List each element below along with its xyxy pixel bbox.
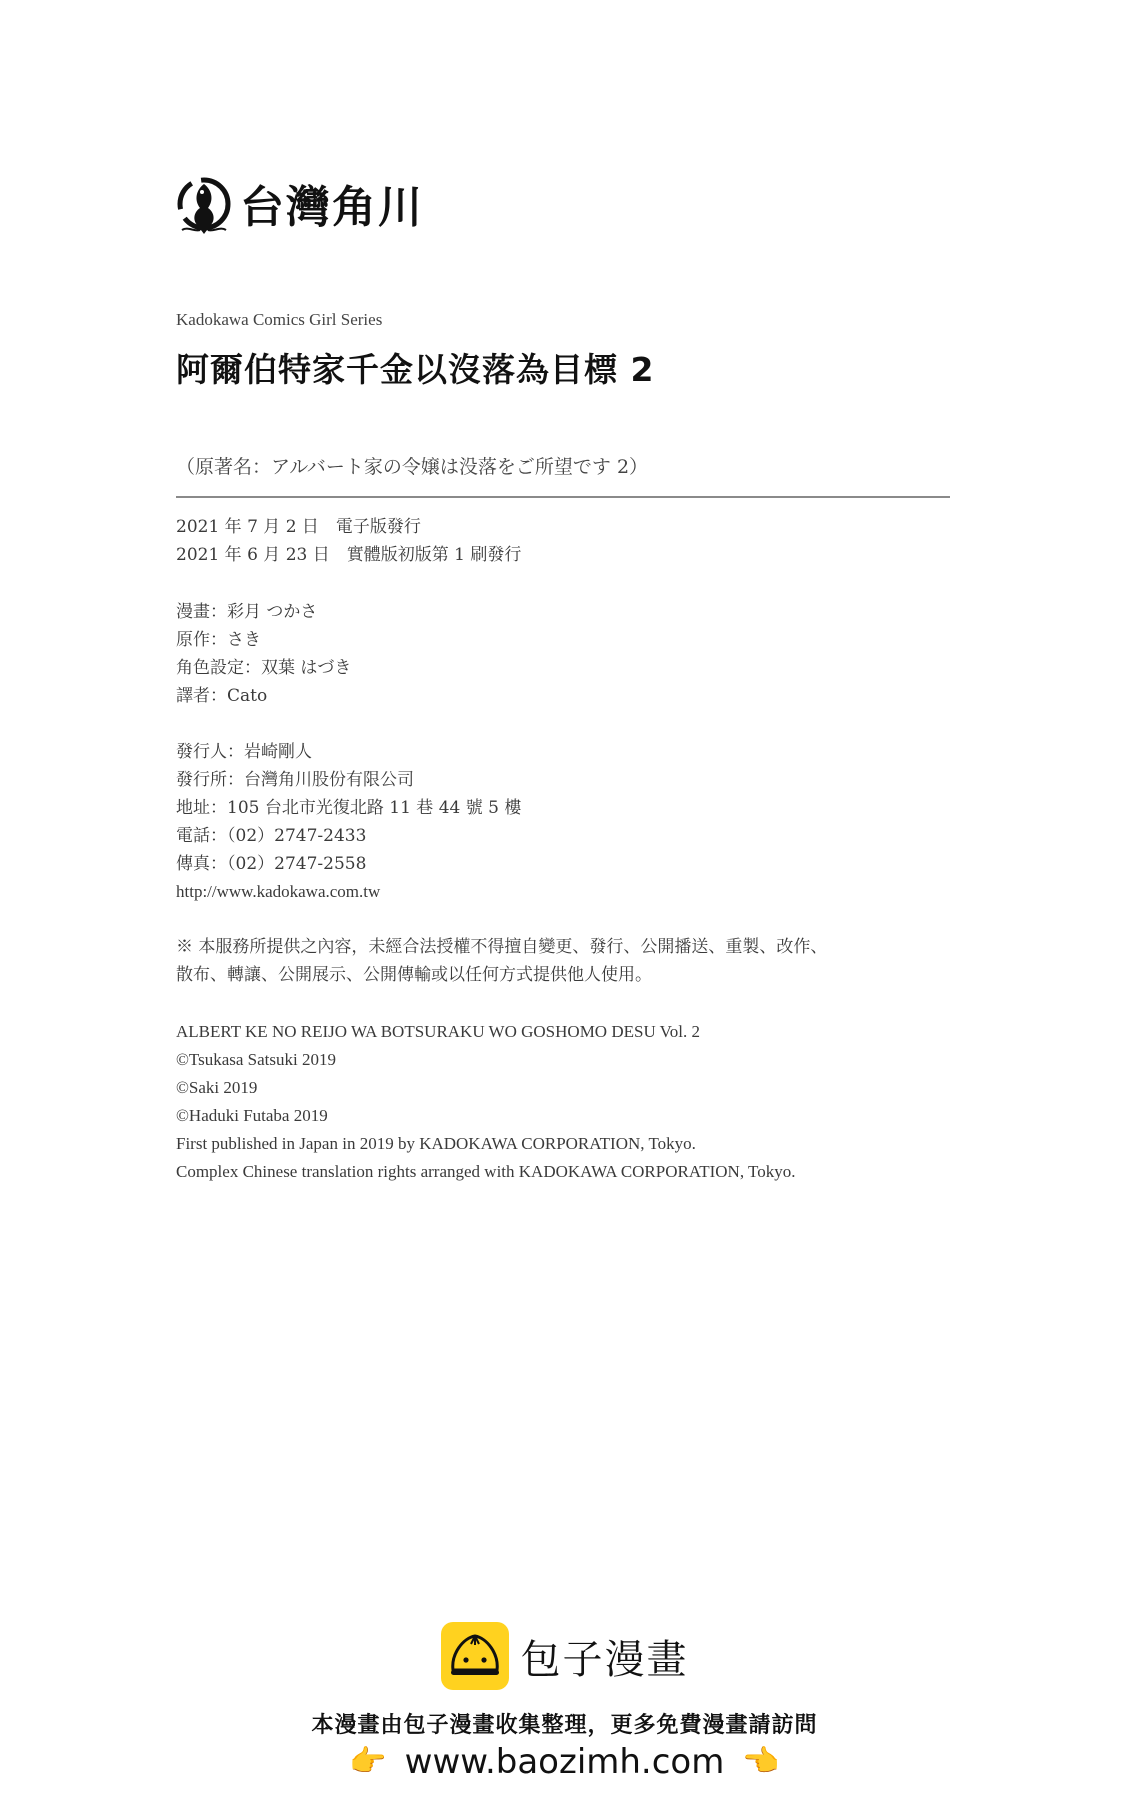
publication-dates: 2021 年 7 月 2 日 電子版發行 2021 年 6 月 23 日 實體版… xyxy=(176,513,521,569)
phoenix-emblem-icon xyxy=(176,176,232,240)
publisher-fax: 傳真：（02）2747-2558 xyxy=(176,850,521,878)
first-published-line: First published in Japan in 2019 by KADO… xyxy=(176,1130,795,1158)
bun-mascot-icon xyxy=(447,1630,503,1682)
credits: 漫畫：彩月 つかさ 原作：さき 角色設定：双葉 はづき 譯者：Cato xyxy=(176,598,351,710)
original-title: （原著名：アルバート家の令嬢は没落をご所望です 2） xyxy=(176,452,648,479)
credit-character-design: 角色設定：双葉 はづき xyxy=(176,654,351,682)
divider xyxy=(176,496,950,498)
publisher-person: 發行人：岩崎剛人 xyxy=(176,738,521,766)
copyright-line: ©Tsukasa Satsuki 2019 xyxy=(176,1046,795,1074)
series-name: Kadokawa Comics Girl Series xyxy=(176,310,382,330)
publisher-logo: 台灣角川 xyxy=(176,176,424,240)
watermark-tagline: 本漫畫由包子漫畫收集整理，更多免費漫畫請訪問 xyxy=(0,1708,1129,1739)
translation-rights-line: Complex Chinese translation rights arran… xyxy=(176,1158,795,1186)
publisher-website-link[interactable]: http://www.kadokawa.com.tw xyxy=(176,878,521,906)
publisher-info: 發行人：岩崎剛人 發行所：台灣角川股份有限公司 地址：105 台北市光復北路 1… xyxy=(176,738,521,906)
pointing-right-icon: 👉 xyxy=(349,1747,386,1777)
pointing-left-icon: 👈 xyxy=(742,1747,779,1777)
credit-translator: 譯者：Cato xyxy=(176,682,351,710)
baozi-app-icon xyxy=(441,1622,509,1690)
english-rights: ALBERT KE NO REIJO WA BOTSURAKU WO GOSHO… xyxy=(176,1018,795,1186)
copyright-line: ©Saki 2019 xyxy=(176,1074,795,1102)
copyright-notice: ※ 本服務所提供之內容，未經合法授權不得擅自變更、發行、公開播送、重製、改作、 … xyxy=(176,933,827,989)
notice-line: ※ 本服務所提供之內容，未經合法授權不得擅自變更、發行、公開播送、重製、改作、 xyxy=(176,933,827,961)
watermark-brand: 包子漫畫 xyxy=(0,1622,1129,1690)
date-line: 2021 年 7 月 2 日 電子版發行 xyxy=(176,513,521,541)
copyright-line: ©Haduki Futaba 2019 xyxy=(176,1102,795,1130)
watermark-url-link[interactable]: www.baozimh.com xyxy=(405,1742,725,1782)
publisher-phone: 電話：（02）2747-2433 xyxy=(176,822,521,850)
notice-line: 散布、轉讓、公開展示、公開傳輸或以任何方式提供他人使用。 xyxy=(176,961,827,989)
book-title: 阿爾伯特家千金以沒落為目標 2 xyxy=(176,344,654,391)
original-title-romaji: ALBERT KE NO REIJO WA BOTSURAKU WO GOSHO… xyxy=(176,1018,795,1046)
publisher-address: 地址：105 台北市光復北路 11 巷 44 號 5 樓 xyxy=(176,794,521,822)
date-line: 2021 年 6 月 23 日 實體版初版第 1 刷發行 xyxy=(176,541,521,569)
publisher-logo-text: 台灣角川 xyxy=(240,186,424,230)
publisher-company: 發行所：台灣角川股份有限公司 xyxy=(176,766,521,794)
watermark-url-row: 👉 www.baozimh.com 👈 xyxy=(0,1742,1129,1782)
credit-artist: 漫畫：彩月 つかさ xyxy=(176,598,351,626)
credit-author: 原作：さき xyxy=(176,626,351,654)
watermark-brand-name: 包子漫畫 xyxy=(521,1628,689,1685)
